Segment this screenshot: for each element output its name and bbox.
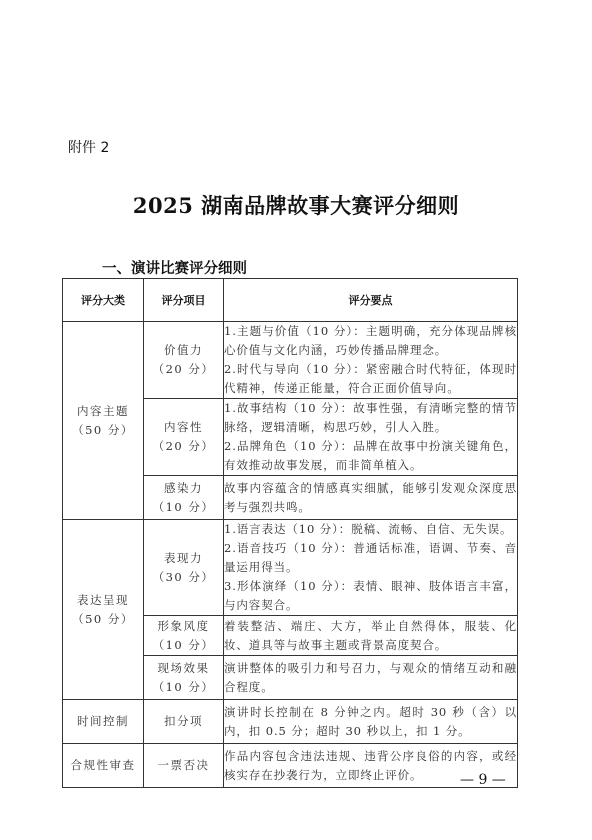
item-name: 价值力 [144,341,223,360]
item-cell: 价值力 （20 分） [144,322,224,399]
page-number: — 9 — [460,772,506,788]
item-name: 内容性 [144,418,223,437]
category-score: （50 分） [63,421,143,440]
attachment-label: 附件 2 [68,137,109,157]
item-name: 表现力 [144,549,223,568]
category-name: 时间控制 [63,712,143,731]
points-cell: 1.语言表达（10 分）：脱稿、流畅、自信、无失误。 2.语音技巧（10 分）：… [224,520,518,616]
item-name: 一票否决 [144,756,223,775]
section-heading: 一、演讲比赛评分细则 [102,257,247,278]
item-name: 形象风度 [144,617,223,636]
category-name: 表达呈现 [63,591,143,610]
item-score: （10 分） [144,498,223,517]
point-text: 2.品牌角色（10 分）：品牌在故事中扮演关键角色，有效推动故事发展，而非简单植… [224,437,517,475]
table-row: 时间控制 扣分项 演讲时长控制在 8 分钟之内。超时 30 秒（含）以内，扣 0… [63,700,518,744]
table-row: 合规性审查 一票否决 作品内容包含违法违规、违背公序良俗的内容，或经核实存在抄袭… [63,744,518,788]
header-points: 评分要点 [224,279,518,322]
point-text: 3.形体演绎（10 分）：表情、眼神、肢体语言丰富，与内容契合。 [224,577,517,615]
point-text: 1.主题与价值（10 分）：主题明确，充分体现品牌核心价值与文化内涵，巧妙传播品… [224,322,517,360]
item-cell: 表现力 （30 分） [144,520,224,616]
category-name: 内容主题 [63,402,143,421]
point-text: 演讲时长控制在 8 分钟之内。超时 30 秒（含）以内，扣 0.5 分；超时 3… [224,703,517,741]
item-score: （30 分） [144,568,223,587]
point-text: 2.语音技巧（10 分）：普通话标准，语调、节奏、音量运用得当。 [224,539,517,577]
point-text: 1.语言表达（10 分）：脱稿、流畅、自信、无失误。 [224,520,517,539]
item-cell: 一票否决 [144,744,224,788]
item-score: （10 分） [144,678,223,697]
table-row: 内容主题 （50 分） 价值力 （20 分） 1.主题与价值（10 分）：主题明… [63,322,518,399]
category-cell: 时间控制 [63,700,144,744]
point-text: 1.故事结构（10 分）：故事性强，有清晰完整的情节脉络，逻辑清晰，构思巧妙，引… [224,399,517,437]
points-cell: 1.主题与价值（10 分）：主题明确，充分体现品牌核心价值与文化内涵，巧妙传播品… [224,322,518,399]
item-cell: 扣分项 [144,700,224,744]
points-cell: 1.故事结构（10 分）：故事性强，有清晰完整的情节脉络，逻辑清晰，构思巧妙，引… [224,399,518,476]
point-text: 故事内容蕴含的情感真实细腻，能够引发观众深度思考与强烈共鸣。 [224,479,517,517]
item-cell: 内容性 （20 分） [144,399,224,476]
point-text: 着装整洁、端庄、大方，举止自然得体，服装、化妆、道具等与故事主题或背景高度契合。 [224,617,517,655]
point-text: 2.时代与导向（10 分）：紧密融合时代特征，体现时代精神，传递正能量，符合正面… [224,360,517,398]
item-score: （10 分） [144,636,223,655]
category-name: 合规性审查 [63,756,143,775]
table-row: 表达呈现 （50 分） 表现力 （30 分） 1.语言表达（10 分）：脱稿、流… [63,520,518,616]
points-cell: 着装整洁、端庄、大方，举止自然得体，服装、化妆、道具等与故事主题或背景高度契合。 [224,616,518,656]
item-name: 扣分项 [144,712,223,731]
category-cell: 合规性审查 [63,744,144,788]
category-score: （50 分） [63,610,143,629]
header-category: 评分大类 [63,279,144,322]
table-header-row: 评分大类 评分项目 评分要点 [63,279,518,322]
scoring-rubric-table: 评分大类 评分项目 评分要点 内容主题 （50 分） 价值力 （20 分） 1.… [62,278,518,788]
header-item: 评分项目 [144,279,224,322]
item-cell: 现场效果 （10 分） [144,656,224,700]
document-title: 2025 湖南品牌故事大赛评分细则 [0,190,592,220]
points-cell: 演讲整体的吸引力和号召力，与观众的情绪互动和融合程度。 [224,656,518,700]
item-cell: 形象风度 （10 分） [144,616,224,656]
item-score: （20 分） [144,360,223,379]
item-score: （20 分） [144,437,223,456]
points-cell: 演讲时长控制在 8 分钟之内。超时 30 秒（含）以内，扣 0.5 分；超时 3… [224,700,518,744]
item-name: 感染力 [144,479,223,498]
item-cell: 感染力 （10 分） [144,476,224,520]
category-cell: 表达呈现 （50 分） [63,520,144,700]
category-cell: 内容主题 （50 分） [63,322,144,520]
item-name: 现场效果 [144,659,223,678]
points-cell: 故事内容蕴含的情感真实细腻，能够引发观众深度思考与强烈共鸣。 [224,476,518,520]
point-text: 演讲整体的吸引力和号召力，与观众的情绪互动和融合程度。 [224,659,517,697]
